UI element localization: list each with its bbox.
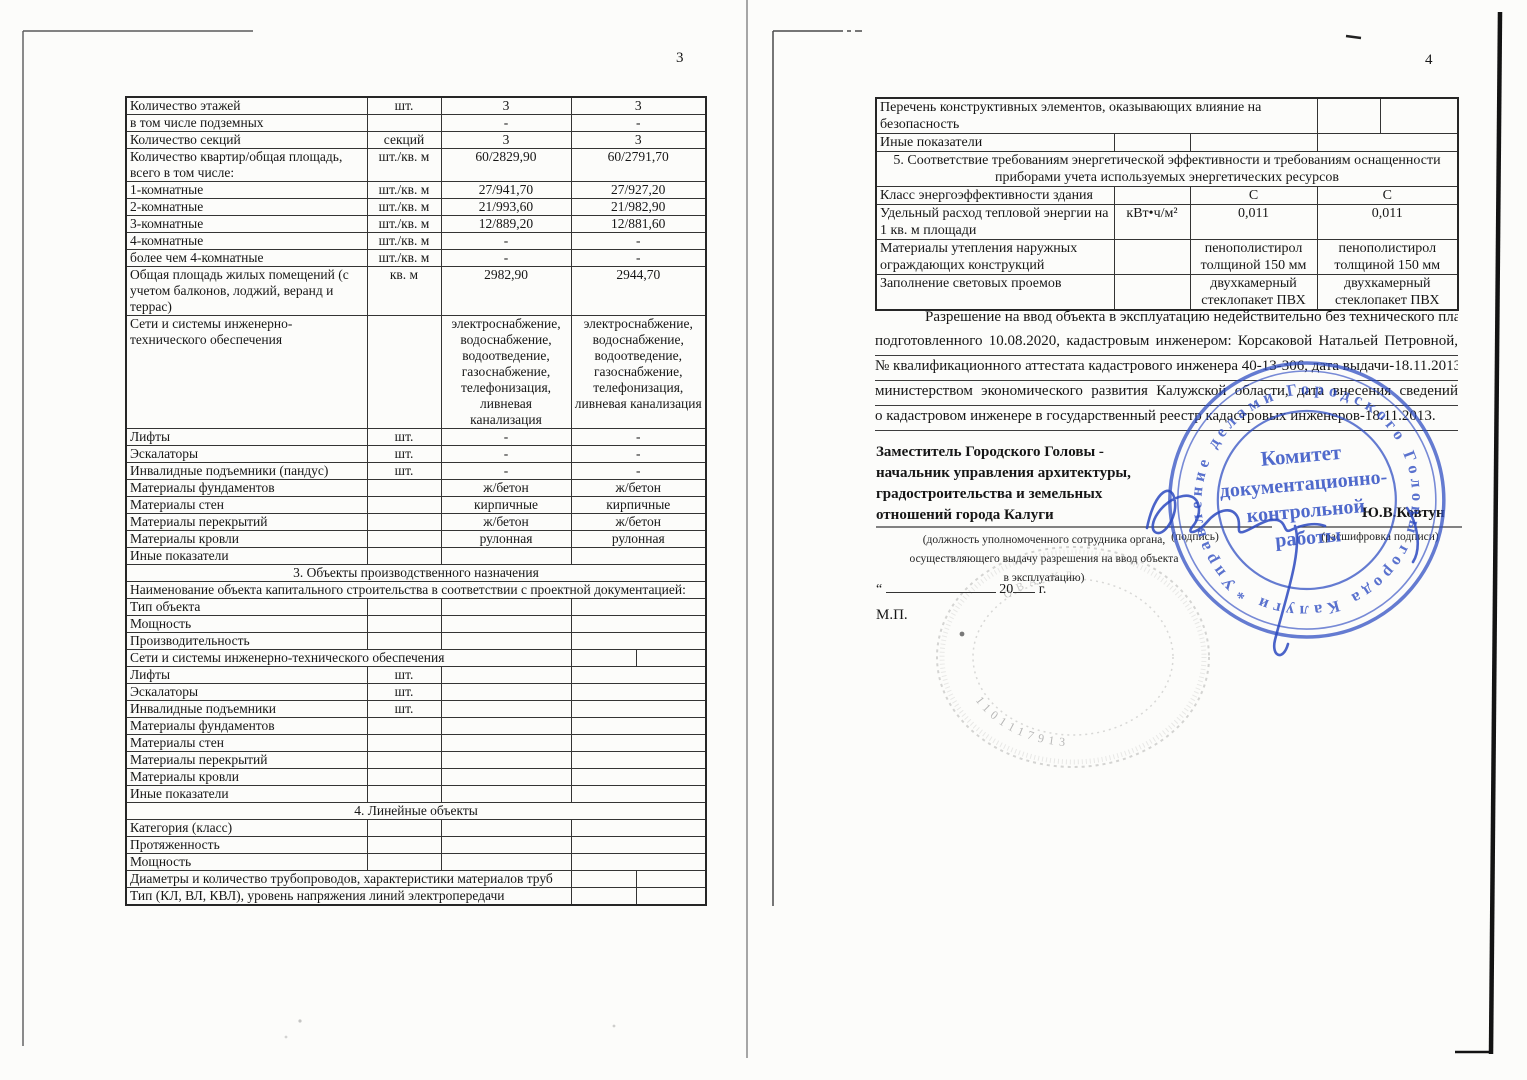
table-cell: [367, 633, 441, 650]
table-cell: Категория (класс): [126, 820, 367, 837]
table-cell: [571, 769, 706, 786]
table-cell: электроснабжение, водоснабжение, водоотв…: [571, 316, 706, 429]
table-cell: Материалы стен: [126, 735, 367, 752]
table-cell: [367, 786, 441, 803]
text-line: Разрешение на ввод объекта в эксплуатаци…: [875, 308, 1458, 331]
table-cell: Иные показатели: [126, 786, 367, 803]
seal-place-label: М.П.: [876, 607, 908, 624]
table-cell: [571, 633, 706, 650]
table-cell: шт.: [367, 684, 441, 701]
table-cell: 1-комнатные: [126, 182, 367, 199]
table-row: Наименование объекта капитального строит…: [126, 582, 706, 599]
table-cell: Материалы кровли: [126, 769, 367, 786]
table-row: Материалы кровлирулоннаярулонная: [126, 531, 706, 548]
table-cell: Материалы утепления наружных ограждающих…: [876, 240, 1114, 275]
table-row: Мощность: [126, 616, 706, 633]
ink-speck: [298, 1019, 301, 1022]
table-cell: Инвалидные подъемники: [126, 701, 367, 718]
svg-text:1101117913: 1101117913: [973, 693, 1071, 749]
table-cell: [367, 718, 441, 735]
table-cell: [1114, 275, 1190, 311]
table-cell: [441, 735, 571, 752]
table-row: Перечень конструктивных элементов, оказы…: [876, 98, 1458, 134]
text-line: отношений города Калуги: [876, 505, 1136, 526]
table-cell: -: [441, 446, 571, 463]
table-row: Эскалаторышт.--: [126, 446, 706, 463]
table-cell: 3: [441, 97, 571, 115]
table-cell: в том числе подземных: [126, 115, 367, 132]
table-cell: -: [571, 250, 706, 267]
table-cell: 27/941,70: [441, 182, 571, 199]
table-row: Материалы перекрытийж/бетонж/бетон: [126, 514, 706, 531]
table-cell: [571, 548, 706, 565]
table-cell: ж/бетон: [441, 514, 571, 531]
table-cell: ж/бетон: [571, 480, 706, 497]
table-cell: [367, 316, 441, 429]
table-cell: [571, 854, 706, 871]
table-row: Инвалидные подъемникишт.: [126, 701, 706, 718]
table-cell: Инвалидные подъемники (пандус): [126, 463, 367, 480]
table-row: в том числе подземных--: [126, 115, 706, 132]
table-cell: шт./кв. м: [367, 182, 441, 199]
table-cell: шт./кв. м: [367, 149, 441, 182]
table-cell: 12/881,60: [571, 216, 706, 233]
table-cell: [636, 871, 706, 888]
table-cell: [1317, 134, 1458, 152]
table-cell: двухкамерный стеклопакет ПВХ: [1317, 275, 1458, 311]
table-cell: [441, 633, 571, 650]
table-row: Общая площадь жилых помещений (с учетом …: [126, 267, 706, 316]
table-cell: Лифты: [126, 667, 367, 684]
table-cell: Класс энергоэффективности здания: [876, 187, 1114, 205]
table-cell: [1380, 98, 1458, 134]
table-cell: 3: [571, 132, 706, 149]
page-number-3: 3: [676, 50, 684, 67]
table-cell: шт.: [367, 429, 441, 446]
table-cell: [367, 115, 441, 132]
table-cell: [441, 854, 571, 871]
table-row: Заполнение световых проемовдвухкамерный …: [876, 275, 1458, 311]
table-cell: [571, 718, 706, 735]
table-row: Удельный расход тепловой энергии на 1 кв…: [876, 205, 1458, 240]
text-line: Заместитель Городского Головы -: [876, 442, 1136, 463]
table-cell: 3-комнатные: [126, 216, 367, 233]
table-cell: [571, 599, 706, 616]
svg-text:ОВА КЛ: ОВА КЛ: [1001, 570, 1078, 602]
table-cell: [441, 786, 571, 803]
table-cell: 3: [441, 132, 571, 149]
table-cell: [571, 888, 636, 906]
table-cell: Перечень конструктивных элементов, оказы…: [876, 98, 1317, 134]
table-cell: Иные показатели: [126, 548, 367, 565]
table-cell: [571, 650, 636, 667]
table-row: 3. Объекты производственного назначения: [126, 565, 706, 582]
table-cell: шт.: [367, 701, 441, 718]
table-row: 1-комнатныешт./кв. м27/941,7027/927,20: [126, 182, 706, 199]
table-cell: -: [441, 115, 571, 132]
table-cell: Протяженность: [126, 837, 367, 854]
table-cell: [367, 531, 441, 548]
table-cell: Сети и системы инженерно-технического об…: [126, 316, 367, 429]
table-cell: [367, 769, 441, 786]
table-row: 5. Соответствие требованиям энергетическ…: [876, 152, 1458, 187]
table-cell: [571, 701, 706, 718]
table-cell: -: [441, 233, 571, 250]
energy-efficiency-table: Перечень конструктивных элементов, оказы…: [875, 97, 1459, 311]
table-cell: Сети и системы инженерно-технического об…: [126, 650, 571, 667]
table-cell: рулонная: [441, 531, 571, 548]
table-row: Сети и системы инженерно-технического об…: [126, 650, 706, 667]
table-cell: [571, 871, 636, 888]
table-cell: Материалы фундаментов: [126, 718, 367, 735]
table-cell: [367, 497, 441, 514]
table-cell: кв. м: [367, 267, 441, 316]
table-row: Диаметры и количество трубопроводов, хар…: [126, 871, 706, 888]
table-cell: Заполнение световых проемов: [876, 275, 1114, 311]
table-cell: кирпичные: [441, 497, 571, 514]
text-line: градостроительства и земельных: [876, 484, 1136, 505]
table-row: Класс энергоэффективности зданияСС: [876, 187, 1458, 205]
table-row: Количество этажейшт.33: [126, 97, 706, 115]
table-cell: [367, 735, 441, 752]
ink-speck: [613, 1025, 616, 1028]
table-cell: [571, 667, 706, 684]
table-row: Материалы стен: [126, 735, 706, 752]
table-row: 2-комнатныешт./кв. м21/993,6021/982,90: [126, 199, 706, 216]
table-cell: шт.: [367, 446, 441, 463]
table-cell: [1317, 98, 1380, 134]
table-cell: [367, 514, 441, 531]
table-row: более чем 4-комнатныешт./кв. м--: [126, 250, 706, 267]
table-row: 4-комнатныешт./кв. м--: [126, 233, 706, 250]
table-cell: [441, 837, 571, 854]
table-row: Иные показатели: [876, 134, 1458, 152]
table-row: Количество квартир/общая площадь, всего …: [126, 149, 706, 182]
table-cell: секций: [367, 132, 441, 149]
table-row: Материалы кровли: [126, 769, 706, 786]
table-cell: кВт•ч/м²: [1114, 205, 1190, 240]
table-cell: Мощность: [126, 616, 367, 633]
table-row: Материалы перекрытий: [126, 752, 706, 769]
table-cell: 5. Соответствие требованиям энергетическ…: [876, 152, 1458, 187]
table-cell: 3: [571, 97, 706, 115]
table-cell: 4-комнатные: [126, 233, 367, 250]
table-cell: Материалы фундаментов: [126, 480, 367, 497]
table-row: 4. Линейные объекты: [126, 803, 706, 820]
table-cell: [441, 667, 571, 684]
scanned-document: 3 4 Количество этажейшт.33в том числе по…: [0, 0, 1527, 1080]
table-cell: Количество квартир/общая площадь, всего …: [126, 149, 367, 182]
table-cell: шт.: [367, 667, 441, 684]
table-cell: пенополистирол толщиной 150 мм: [1190, 240, 1317, 275]
date-quote: “: [876, 582, 882, 597]
table-cell: [1190, 134, 1317, 152]
table-row: Тип объекта: [126, 599, 706, 616]
table-cell: 60/2829,90: [441, 149, 571, 182]
table-cell: [441, 820, 571, 837]
table-cell: Материалы перекрытий: [126, 752, 367, 769]
table-row: Эскалаторышт.: [126, 684, 706, 701]
table-cell: кирпичные: [571, 497, 706, 514]
table-cell: Материалы кровли: [126, 531, 367, 548]
table-cell: -: [571, 429, 706, 446]
table-cell: 21/993,60: [441, 199, 571, 216]
table-cell: ж/бетон: [571, 514, 706, 531]
table-cell: шт./кв. м: [367, 216, 441, 233]
table-cell: двухкамерный стеклопакет ПВХ: [1190, 275, 1317, 311]
table-cell: [441, 769, 571, 786]
table-row: Категория (класс): [126, 820, 706, 837]
table-cell: Эскалаторы: [126, 446, 367, 463]
table-cell: [636, 888, 706, 906]
table-cell: [571, 735, 706, 752]
page-number-4: 4: [1425, 52, 1433, 69]
table-cell: 21/982,90: [571, 199, 706, 216]
signatory-title: Заместитель Городского Головы -начальник…: [876, 442, 1136, 526]
table-cell: рулонная: [571, 531, 706, 548]
table-cell: [571, 820, 706, 837]
table-cell: Наименование объекта капитального строит…: [126, 582, 706, 599]
table-cell: [636, 650, 706, 667]
table-cell: 4. Линейные объекты: [126, 803, 706, 820]
table-cell: 60/2791,70: [571, 149, 706, 182]
ink-mark: [1346, 36, 1361, 38]
table-row: Мощность: [126, 854, 706, 871]
table-cell: -: [571, 233, 706, 250]
table-row: Инвалидные подъемники (пандус)шт.--: [126, 463, 706, 480]
table-row: Производительность: [126, 633, 706, 650]
table-row: Материалы утепления наружных ограждающих…: [876, 240, 1458, 275]
table-row: Тип (КЛ, ВЛ, КВЛ), уровень напряжения ли…: [126, 888, 706, 906]
table-cell: [441, 684, 571, 701]
table-cell: [571, 786, 706, 803]
table-row: Сети и системы инженерно-технического об…: [126, 316, 706, 429]
table-cell: шт./кв. м: [367, 233, 441, 250]
table-cell: Производительность: [126, 633, 367, 650]
table-cell: [571, 616, 706, 633]
table-cell: С: [1317, 187, 1458, 205]
table-cell: [367, 548, 441, 565]
table-cell: [367, 752, 441, 769]
table-cell: [441, 752, 571, 769]
table-cell: 0,011: [1317, 205, 1458, 240]
table-cell: Эскалаторы: [126, 684, 367, 701]
text-line: начальник управления архитектуры,: [876, 463, 1136, 484]
table-cell: Диаметры и количество трубопроводов, хар…: [126, 871, 571, 888]
table-cell: [441, 548, 571, 565]
table-cell: Тип (КЛ, ВЛ, КВЛ), уровень напряжения ли…: [126, 888, 571, 906]
table-cell: [441, 616, 571, 633]
table-cell: [1114, 187, 1190, 205]
table-cell: ж/бетон: [441, 480, 571, 497]
table-cell: шт.: [367, 97, 441, 115]
table-row: Иные показатели: [126, 548, 706, 565]
table-row: Материалы стенкирпичныекирпичные: [126, 497, 706, 514]
table-cell: -: [571, 446, 706, 463]
table-cell: Удельный расход тепловой энергии на 1 кв…: [876, 205, 1114, 240]
table-row: Иные показатели: [126, 786, 706, 803]
table-cell: 3. Объекты производственного назначения: [126, 565, 706, 582]
table-cell: 0,011: [1190, 205, 1317, 240]
table-cell: -: [441, 429, 571, 446]
table-cell: -: [441, 463, 571, 480]
table-cell: Количество секций: [126, 132, 367, 149]
table-cell: [441, 718, 571, 735]
table-cell: [1114, 240, 1190, 275]
table-cell: шт./кв. м: [367, 250, 441, 267]
table-cell: пенополистирол толщиной 150 мм: [1317, 240, 1458, 275]
table-row: Протяженность: [126, 837, 706, 854]
table-cell: [367, 837, 441, 854]
table-cell: [367, 820, 441, 837]
table-cell: -: [441, 250, 571, 267]
table-cell: [367, 480, 441, 497]
table-cell: -: [571, 115, 706, 132]
table-row: 3-комнатныешт./кв. м12/889,2012/881,60: [126, 216, 706, 233]
table-cell: [441, 599, 571, 616]
table-cell: [1114, 134, 1190, 152]
table-cell: [571, 837, 706, 854]
object-characteristics-table: Количество этажейшт.33в том числе подзем…: [125, 96, 707, 906]
table-row: Лифтышт.--: [126, 429, 706, 446]
table-cell: 12/889,20: [441, 216, 571, 233]
table-cell: С: [1190, 187, 1317, 205]
table-cell: шт./кв. м: [367, 199, 441, 216]
table-cell: Материалы перекрытий: [126, 514, 367, 531]
table-cell: 2944,70: [571, 267, 706, 316]
table-row: Материалы фундаментовж/бетонж/бетон: [126, 480, 706, 497]
table-cell: 2982,90: [441, 267, 571, 316]
ink-speck: [285, 1036, 288, 1039]
table-cell: 27/927,20: [571, 182, 706, 199]
table-cell: [367, 616, 441, 633]
table-row: Лифтышт.: [126, 667, 706, 684]
table-cell: более чем 4-комнатные: [126, 250, 367, 267]
table-cell: [571, 752, 706, 769]
table-cell: 2-комнатные: [126, 199, 367, 216]
table-cell: Иные показатели: [876, 134, 1114, 152]
table-cell: Мощность: [126, 854, 367, 871]
table-cell: -: [571, 463, 706, 480]
signature-scribble: [1125, 430, 1465, 675]
table-cell: Общая площадь жилых помещений (с учетом …: [126, 267, 367, 316]
table-cell: [571, 684, 706, 701]
table-cell: [367, 854, 441, 871]
table-cell: Лифты: [126, 429, 367, 446]
table-cell: Тип объекта: [126, 599, 367, 616]
table-cell: Количество этажей: [126, 97, 367, 115]
table-row: Количество секцийсекций33: [126, 132, 706, 149]
table-cell: Материалы стен: [126, 497, 367, 514]
table-cell: [367, 599, 441, 616]
scan-edge-line: [1491, 12, 1500, 1054]
table-cell: шт.: [367, 463, 441, 480]
table-row: Материалы фундаментов: [126, 718, 706, 735]
table-cell: электроснабжение, водоснабжение, водоотв…: [441, 316, 571, 429]
table-cell: [441, 701, 571, 718]
